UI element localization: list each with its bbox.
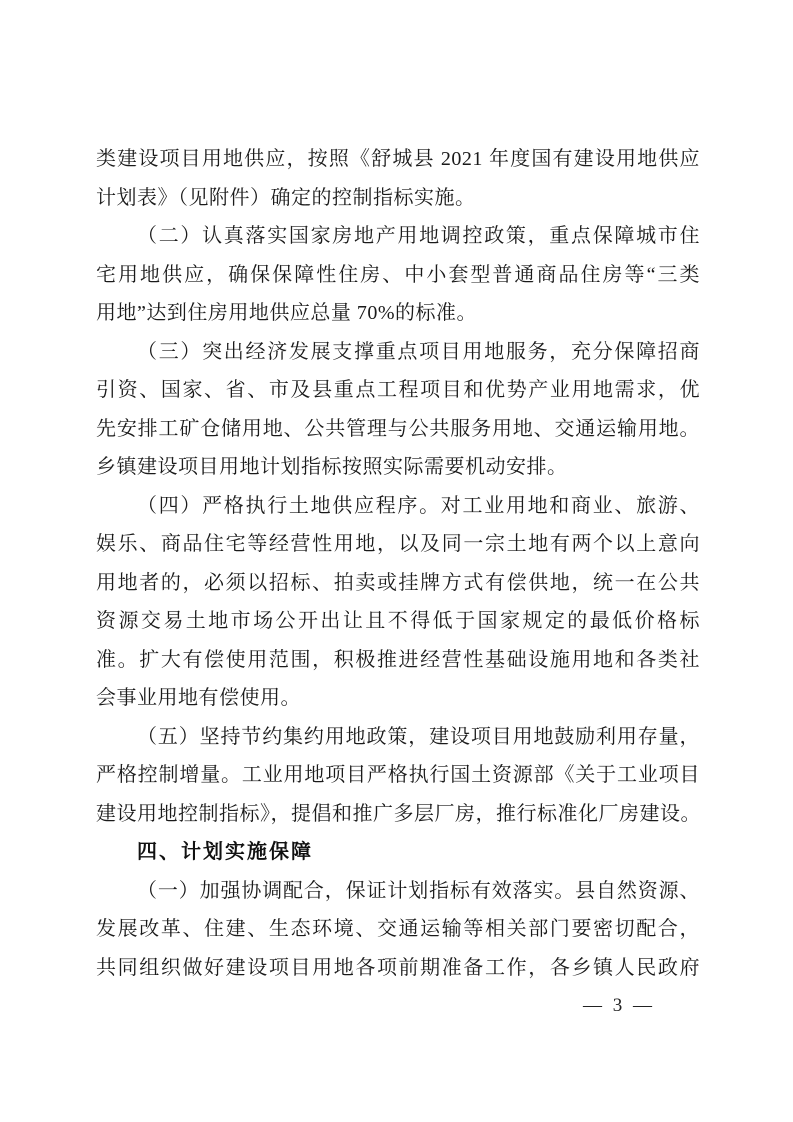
text-line: （三）突出经济发展支撑重点项目用地服务，充分保障招商 <box>96 333 700 372</box>
page-number: — 3 — <box>583 995 655 1017</box>
text-line: 乡镇建设项目用地计划指标按照实际需要机动安排。 <box>96 448 700 487</box>
text-line: 用地”达到住房用地供应总量 70%的标准。 <box>96 294 700 333</box>
text-line: 资源交易土地市场公开出让且不得低于国家规定的最低价格标 <box>96 602 700 641</box>
document-body: 类建设项目用地供应，按照《舒城县 2021 年度国有建设用地供应计划表》（见附件… <box>96 140 700 987</box>
text-line: 会事业用地有偿使用。 <box>96 679 700 718</box>
text-line: 准。扩大有偿使用范围，积极推进经营性基础设施用地和各类社 <box>96 641 700 680</box>
document-page: 类建设项目用地供应，按照《舒城县 2021 年度国有建设用地供应计划表》（见附件… <box>0 0 793 1122</box>
text-line: 严格控制增量。工业用地项目严格执行国土资源部《关于工业项目 <box>96 756 700 795</box>
section-heading: 四、计划实施保障 <box>96 833 700 872</box>
text-line: （五）坚持节约集约用地政策，建设项目用地鼓励利用存量， <box>96 718 700 757</box>
text-line: （二）认真落实国家房地产用地调控政策，重点保障城市住 <box>96 217 700 256</box>
text-line: 类建设项目用地供应，按照《舒城县 2021 年度国有建设用地供应 <box>96 140 700 179</box>
text-line: 先安排工矿仓储用地、公共管理与公共服务用地、交通运输用地。 <box>96 410 700 449</box>
text-line: 娱乐、商品住宅等经营性用地，以及同一宗土地有两个以上意向 <box>96 525 700 564</box>
text-line: （一）加强协调配合，保证计划指标有效落实。县自然资源、 <box>96 872 700 911</box>
text-line: 计划表》（见附件）确定的控制指标实施。 <box>96 179 700 218</box>
text-line: 建设用地控制指标》，提倡和推广多层厂房，推行标准化厂房建设。 <box>96 795 700 834</box>
text-line: 引资、国家、省、市及县重点工程项目和优势产业用地需求，优 <box>96 371 700 410</box>
text-line: （四）严格执行土地供应程序。对工业用地和商业、旅游、 <box>96 487 700 526</box>
text-line: 发展改革、住建、生态环境、交通运输等相关部门要密切配合， <box>96 910 700 949</box>
text-line: 共同组织做好建设项目用地各项前期准备工作，各乡镇人民政府 <box>96 949 700 988</box>
text-line: 用地者的，必须以招标、拍卖或挂牌方式有偿供地，统一在公共 <box>96 564 700 603</box>
text-line: 宅用地供应，确保保障性住房、中小套型普通商品住房等“三类 <box>96 256 700 295</box>
